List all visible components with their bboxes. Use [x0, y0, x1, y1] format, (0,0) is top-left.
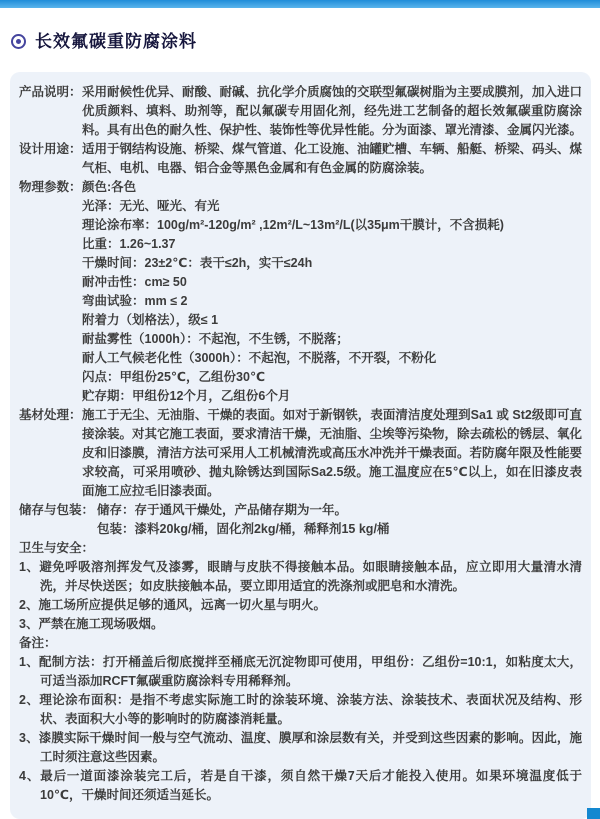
physical-param-line: 颜色:各色 — [82, 178, 582, 197]
section-design-use: 设计用途： 适用于钢结构设施、桥梁、煤气管道、化工设施、油罐贮槽、车辆、船艇、桥… — [19, 140, 582, 178]
double-circle-bullet-icon — [11, 34, 26, 49]
corner-floating-button[interactable] — [587, 808, 600, 819]
section-text: 采用耐候性优异、耐酸、耐碱、抗化学介质腐蚀的交联型氟碳树脂为主要成膜剂，加入进口… — [82, 85, 582, 137]
section-text: 适用于钢结构设施、桥梁、煤气管道、化工设施、油罐贮槽、车辆、船艇、桥梁、码头、煤… — [82, 142, 582, 175]
section-label: 储存与包装： — [19, 501, 94, 520]
section-physical-params: 物理参数： 颜色:各色 光泽：无光、哑光、有光 理论涂布率：100g/m²-12… — [19, 178, 582, 406]
top-accent-bar — [0, 0, 600, 8]
physical-param-line: 比重：1.26~1.37 — [82, 235, 582, 254]
section-label: 物理参数： — [19, 178, 82, 197]
section-label: 设计用途： — [19, 140, 82, 159]
safety-item: 2、施工场所应提供足够的通风，远离一切火星与明火。 — [19, 596, 582, 615]
packaging-line: 包装：漆料20kg/桶，固化剂2kg/桶，稀释剂15 kg/桶 — [97, 520, 582, 539]
physical-param-line: 附着力（划格法），级≤ 1 — [82, 311, 582, 330]
physical-param-line: 弯曲试验：mm ≤ 2 — [82, 292, 582, 311]
safety-item: 1、避免呼吸溶剂挥发气及漆雾，眼睛与皮肤不得接触本品。如眼睛接触本品，应立即用大… — [19, 558, 582, 596]
bullet-dot — [16, 39, 21, 44]
section-product-description: 产品说明： 采用耐候性优异、耐酸、耐碱、抗化学介质腐蚀的交联型氟碳树脂为主要成膜… — [19, 83, 582, 140]
note-item: 1、配制方法：打开桶盖后彻底搅拌至桶底无沉淀物即可使用，甲组份：乙组份=10:1… — [19, 653, 582, 691]
physical-param-line: 耐冲击性：cm≥ 50 — [82, 273, 582, 292]
physical-param-line: 耐人工气候老化性（3000h）：不起泡，不脱落，不开裂，不粉化 — [82, 349, 582, 368]
note-item: 2、理论涂布面积：是指不考虑实际施工时的涂装环境、涂装方法、涂装技术、表面状况及… — [19, 691, 582, 729]
section-substrate-treatment: 基材处理： 施工于无尘、无油脂、干燥的表面。如对于新钢铁，表面清洁度处理到Sa1… — [19, 406, 582, 501]
physical-param-line: 贮存期：甲组份12个月，乙组份6个月 — [82, 387, 582, 406]
safety-item: 3、严禁在施工现场吸烟。 — [19, 615, 582, 634]
physical-param-line: 理论涂布率：100g/m²-120g/m² ,12m²/L~13m²/L(以35… — [82, 216, 582, 235]
note-item: 3、漆膜实际干燥时间一般与空气流动、温度、膜厚和涂层数有关，并受到这些因素的影响… — [19, 729, 582, 767]
section-text: 施工于无尘、无油脂、干燥的表面。如对于新钢铁，表面清洁度处理到Sa1 或 St2… — [82, 408, 582, 498]
page-header: 长效氟碳重防腐涂料 — [11, 33, 197, 50]
physical-param-line: 耐盐雾性（1000h）：不起泡，不生锈，不脱落； — [82, 330, 582, 349]
product-spec-panel: 产品说明： 采用耐候性优异、耐酸、耐碱、抗化学介质腐蚀的交联型氟碳树脂为主要成膜… — [10, 72, 591, 819]
physical-param-line: 闪点：甲组份25℃，乙组份30℃ — [82, 368, 582, 387]
section-label: 基材处理： — [19, 406, 82, 425]
section-heading-safety: 卫生与安全： — [19, 539, 582, 558]
physical-param-line: 干燥时间：23±2℃：表干≤2h，实干≤24h — [82, 254, 582, 273]
page-title: 长效氟碳重防腐涂料 — [35, 33, 197, 50]
storage-line: 储存：存于通风干燥处，产品储存期为一年。 — [97, 501, 582, 520]
section-heading-notes: 备注： — [19, 634, 582, 653]
section-storage-packaging: 储存与包装： 储存：存于通风干燥处，产品储存期为一年。 包装：漆料20kg/桶，… — [19, 501, 582, 539]
section-label: 产品说明： — [19, 83, 82, 102]
physical-param-line: 光泽：无光、哑光、有光 — [82, 197, 582, 216]
note-item: 4、最后一道面漆涂装完工后，若是自干漆，须自然干燥7天后才能投入使用。如果环境温… — [19, 767, 582, 805]
